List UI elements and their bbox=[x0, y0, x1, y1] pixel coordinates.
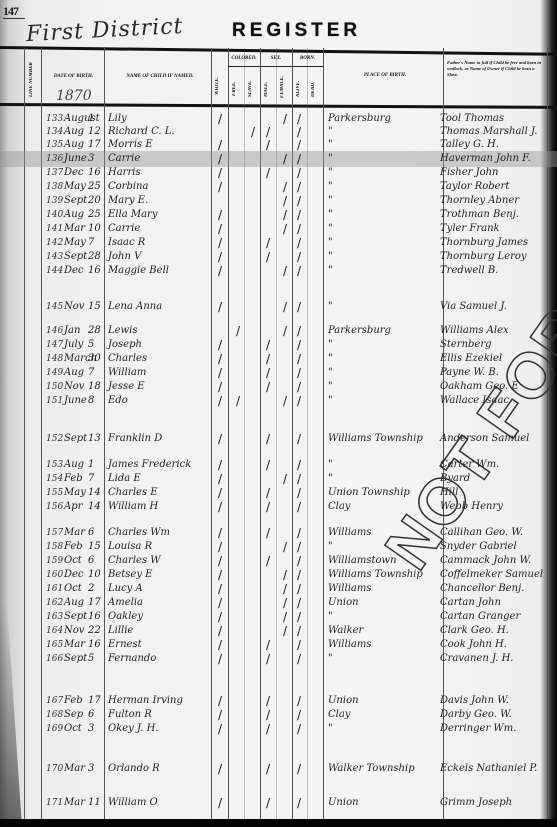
birth-day: 25 bbox=[88, 180, 101, 194]
birth-day: 1 bbox=[88, 112, 94, 126]
line-number: 139 bbox=[46, 194, 63, 208]
tally-mark-female: / bbox=[283, 300, 287, 314]
tally-mark-female: / bbox=[283, 624, 287, 638]
child-name: Ernest bbox=[108, 638, 142, 652]
tally-mark-male: / bbox=[266, 652, 270, 666]
birth-day: 16 bbox=[88, 264, 101, 278]
father-name: Clark Geo. H. bbox=[440, 624, 509, 638]
page-bottom-edge bbox=[0, 819, 557, 827]
tally-mark-alive: / bbox=[297, 708, 301, 722]
tally-mark-free: / bbox=[236, 394, 240, 408]
tally-mark-female: / bbox=[283, 472, 287, 486]
tally-mark-male: / bbox=[266, 762, 270, 776]
table-row: 141Mar10Carrie"Tyler Frank/// bbox=[0, 222, 557, 236]
child-name: Lucy A bbox=[108, 582, 143, 596]
birth-month: Oct bbox=[64, 554, 82, 568]
father-name: Tyler Frank bbox=[440, 222, 500, 236]
child-name: Lena Anna bbox=[108, 300, 162, 314]
birth-day: 3 bbox=[88, 722, 94, 736]
place-of-birth: Williams bbox=[328, 638, 371, 652]
table-row: 166Sept5Fernando"Cravanen J. H./// bbox=[0, 652, 557, 666]
line-number: 161 bbox=[46, 582, 63, 596]
birth-month: Sept bbox=[64, 652, 87, 666]
birth-day: 17 bbox=[88, 596, 101, 610]
tally-mark-male: / bbox=[266, 338, 270, 352]
birth-month: Mar bbox=[64, 526, 85, 540]
line-number: 163 bbox=[46, 610, 63, 624]
line-number: 153 bbox=[46, 458, 63, 472]
table-row: 145Nov15Lena Anna"Via Samuel J./// bbox=[0, 300, 557, 314]
child-name: Okey J. H. bbox=[108, 722, 159, 736]
place-of-birth: " bbox=[328, 250, 333, 264]
place-of-birth: Clay bbox=[328, 708, 350, 722]
col-slave: Slave. bbox=[248, 80, 256, 98]
tally-mark-female: / bbox=[283, 112, 287, 126]
place-of-birth: " bbox=[328, 166, 333, 180]
page-number: 147 bbox=[3, 4, 18, 19]
header-top-rule bbox=[0, 46, 557, 56]
tally-mark-female: / bbox=[283, 582, 287, 596]
tally-mark-white: / bbox=[218, 394, 222, 408]
place-of-birth: Clay bbox=[328, 500, 350, 514]
child-name: Franklin D bbox=[108, 432, 162, 446]
child-name: James Frederick bbox=[108, 458, 191, 472]
tally-mark-alive: / bbox=[297, 125, 301, 139]
father-name: Tredwell B. bbox=[440, 264, 498, 278]
place-of-birth: Union Township bbox=[328, 486, 410, 500]
father-name: Darby Geo. W. bbox=[440, 708, 512, 722]
place-of-birth: " bbox=[328, 125, 333, 139]
line-number: 134 bbox=[46, 125, 63, 139]
tally-mark-white: / bbox=[218, 708, 222, 722]
place-of-birth: Union bbox=[328, 796, 359, 810]
place-of-birth: Walker bbox=[328, 624, 363, 638]
line-number: 148 bbox=[46, 352, 63, 366]
birth-day: 25 bbox=[88, 208, 101, 222]
tally-mark-alive: / bbox=[297, 554, 301, 568]
father-name: Sternberg bbox=[440, 338, 492, 352]
tally-mark-female: / bbox=[283, 180, 287, 194]
place-of-birth: Williams bbox=[328, 582, 371, 596]
father-name: Fisher John bbox=[440, 166, 499, 180]
tally-mark-male: / bbox=[266, 432, 270, 446]
line-number: 145 bbox=[46, 300, 63, 314]
child-name: Fulton R bbox=[108, 708, 152, 722]
birth-month: June bbox=[64, 152, 87, 166]
place-of-birth: " bbox=[328, 236, 333, 250]
line-number: 143 bbox=[46, 250, 63, 264]
tally-mark-alive: / bbox=[297, 222, 301, 236]
line-number: 146 bbox=[46, 324, 63, 338]
line-number: 142 bbox=[46, 236, 63, 250]
tally-mark-male: / bbox=[266, 250, 270, 264]
child-name: Lewis bbox=[108, 324, 137, 338]
tally-mark-white: / bbox=[218, 432, 222, 446]
place-of-birth: Union bbox=[328, 694, 359, 708]
child-name: Amelia bbox=[108, 596, 143, 610]
col-female: Female. bbox=[280, 80, 288, 98]
father-name: Coffelmeker Samuel bbox=[440, 568, 543, 582]
tally-mark-alive: / bbox=[297, 694, 301, 708]
place-of-birth: Williamstown bbox=[328, 554, 397, 568]
birth-day: 16 bbox=[88, 638, 101, 652]
register-title: REGISTER bbox=[232, 20, 361, 42]
birth-day: 30 bbox=[88, 352, 101, 366]
birth-day: 16 bbox=[88, 610, 101, 624]
birth-day: 2 bbox=[88, 582, 94, 596]
line-number: 168 bbox=[46, 708, 63, 722]
table-row: 170Mar3Orlando RWalker TownshipEckels Na… bbox=[0, 762, 557, 776]
tally-mark-male: / bbox=[266, 138, 270, 152]
line-number: 147 bbox=[46, 338, 63, 352]
table-row: 159Oct6Charles WWilliamstownCammack John… bbox=[0, 554, 557, 568]
tally-mark-alive: / bbox=[297, 610, 301, 624]
tally-mark-male: / bbox=[266, 796, 270, 810]
tally-mark-female: / bbox=[283, 568, 287, 582]
table-row: 158Feb15Louisa R"Snyder Gabriel/// bbox=[0, 540, 557, 554]
tally-mark-white: / bbox=[218, 722, 222, 736]
birth-day: 18 bbox=[88, 380, 101, 394]
father-name: Cartan Granger bbox=[440, 610, 520, 624]
tally-mark-male: / bbox=[266, 352, 270, 366]
line-number: 159 bbox=[46, 554, 63, 568]
place-of-birth: " bbox=[328, 300, 333, 314]
tally-mark-male: / bbox=[266, 638, 270, 652]
line-number: 136 bbox=[46, 152, 63, 166]
child-name: Corbina bbox=[108, 180, 148, 194]
place-of-birth: Parkersburg bbox=[328, 324, 391, 338]
father-name: Davis John W. bbox=[440, 694, 509, 708]
table-row: 163Sept16Oakley"Cartan Granger/// bbox=[0, 610, 557, 624]
tally-mark-white: / bbox=[218, 486, 222, 500]
line-number: 140 bbox=[46, 208, 63, 222]
table-row: 165Mar16ErnestWilliamsCook John H./// bbox=[0, 638, 557, 652]
father-name: Chancellor Benj. bbox=[440, 582, 524, 596]
line-number: 167 bbox=[46, 694, 63, 708]
father-name: Tool Thomas bbox=[440, 112, 504, 126]
tally-mark-alive: / bbox=[297, 338, 301, 352]
birth-month: Mar bbox=[64, 796, 85, 810]
birth-month: Aug bbox=[64, 458, 84, 472]
birth-day: 12 bbox=[88, 125, 101, 139]
birth-month: May bbox=[64, 486, 86, 500]
tally-mark-white: / bbox=[218, 222, 222, 236]
tally-mark-alive: / bbox=[297, 486, 301, 500]
table-row: 147July5Joseph"Sternberg/// bbox=[0, 338, 557, 352]
tally-mark-white: / bbox=[218, 166, 222, 180]
tally-mark-white: / bbox=[218, 112, 222, 126]
tally-mark-alive: / bbox=[297, 380, 301, 394]
place-of-birth: " bbox=[328, 352, 333, 366]
district-heading: First District bbox=[25, 14, 184, 47]
birth-month: Jan bbox=[64, 324, 80, 338]
line-number: 133 bbox=[46, 112, 63, 126]
place-of-birth: Walker Township bbox=[328, 762, 415, 776]
tally-mark-white: / bbox=[218, 500, 222, 514]
tally-mark-male: / bbox=[266, 708, 270, 722]
child-name: Carrie bbox=[108, 152, 140, 166]
father-name: Trothman Benj. bbox=[440, 208, 519, 222]
tally-mark-alive: / bbox=[297, 208, 301, 222]
birth-day: 14 bbox=[88, 500, 101, 514]
birth-day: 17 bbox=[88, 694, 101, 708]
child-name: Charles Wm bbox=[108, 526, 170, 540]
birth-month: May bbox=[64, 180, 86, 194]
birth-day: 28 bbox=[88, 250, 101, 264]
tally-mark-male: / bbox=[266, 236, 270, 250]
tally-mark-alive: / bbox=[297, 540, 301, 554]
table-row: 136June3Carrie"Haverman John F./// bbox=[0, 152, 557, 166]
father-name: Haverman John F. bbox=[440, 152, 531, 166]
father-name: Via Samuel J. bbox=[440, 300, 507, 314]
tally-mark-white: / bbox=[218, 762, 222, 776]
tally-mark-alive: / bbox=[297, 152, 301, 166]
tally-mark-white: / bbox=[218, 582, 222, 596]
birth-month: Mar bbox=[64, 638, 85, 652]
table-row: 140Aug25Ella Mary"Trothman Benj./// bbox=[0, 208, 557, 222]
tally-mark-alive: / bbox=[297, 300, 301, 314]
line-number: 135 bbox=[46, 138, 63, 152]
line-number: 150 bbox=[46, 380, 63, 394]
birth-day: 1 bbox=[88, 458, 94, 472]
birth-month: Sept bbox=[64, 250, 87, 264]
father-name: Cravanen J. H. bbox=[440, 652, 513, 666]
table-row: 137Dec16Harris"Fisher John/// bbox=[0, 166, 557, 180]
tally-mark-white: / bbox=[218, 264, 222, 278]
table-row: 161Oct2Lucy AWilliamsChancellor Benj./// bbox=[0, 582, 557, 596]
tally-mark-female: / bbox=[283, 540, 287, 554]
tally-mark-female: / bbox=[283, 610, 287, 624]
child-name: Jesse E bbox=[108, 380, 145, 394]
father-name: Williams Alex bbox=[440, 324, 509, 338]
tally-mark-alive: / bbox=[297, 722, 301, 736]
birth-month: Aug bbox=[64, 208, 84, 222]
father-name: Talley G. H. bbox=[440, 138, 499, 152]
tally-mark-male: / bbox=[266, 166, 270, 180]
child-name: Harris bbox=[108, 166, 141, 180]
birth-month: Oct bbox=[64, 722, 82, 736]
child-name: Betsey E bbox=[108, 568, 152, 582]
place-of-birth: Parkersburg bbox=[328, 112, 391, 126]
birth-day: 5 bbox=[88, 338, 94, 352]
place-of-birth: " bbox=[328, 338, 333, 352]
line-number: 158 bbox=[46, 540, 63, 554]
birth-month: Aug bbox=[64, 138, 84, 152]
birth-day: 6 bbox=[88, 526, 94, 540]
col-dead: Dead. bbox=[311, 80, 319, 98]
tally-mark-alive: / bbox=[297, 596, 301, 610]
tally-mark-male: / bbox=[266, 125, 270, 139]
child-name: Maggie Bell bbox=[108, 264, 169, 278]
place-of-birth: " bbox=[328, 610, 333, 624]
birth-day: 7 bbox=[88, 366, 94, 380]
birth-month: Nov bbox=[64, 380, 84, 394]
tally-mark-white: / bbox=[218, 338, 222, 352]
place-of-birth: Williams bbox=[328, 526, 371, 540]
child-name: Charles bbox=[108, 352, 147, 366]
tally-mark-white: / bbox=[218, 380, 222, 394]
birth-day: 15 bbox=[88, 540, 101, 554]
col-male: Male. bbox=[264, 80, 272, 98]
tally-mark-alive: / bbox=[297, 526, 301, 540]
birth-month: Feb bbox=[64, 694, 83, 708]
tally-mark-alive: / bbox=[297, 458, 301, 472]
place-of-birth: " bbox=[328, 222, 333, 236]
col-line-number: Line Number bbox=[29, 60, 37, 100]
tally-mark-male: / bbox=[266, 486, 270, 500]
tally-mark-alive: / bbox=[297, 366, 301, 380]
child-name: Mary E. bbox=[108, 194, 148, 208]
father-name: Taylor Robert bbox=[440, 180, 509, 194]
tally-mark-female: / bbox=[283, 152, 287, 166]
tally-mark-female: / bbox=[283, 208, 287, 222]
place-of-birth: " bbox=[328, 366, 333, 380]
place-of-birth: " bbox=[328, 264, 333, 278]
birth-month: Nov bbox=[64, 624, 84, 638]
tally-mark-white: / bbox=[218, 624, 222, 638]
birth-day: 3 bbox=[88, 152, 94, 166]
father-name: Thomas Marshall J. bbox=[440, 125, 537, 139]
father-name: Cook John H. bbox=[440, 638, 507, 652]
tally-mark-male: / bbox=[266, 380, 270, 394]
birth-day: 5 bbox=[88, 652, 94, 666]
child-name: William O bbox=[108, 796, 158, 810]
birth-month: June bbox=[64, 394, 87, 408]
birth-day: 15 bbox=[88, 300, 101, 314]
tally-mark-white: / bbox=[218, 596, 222, 610]
birth-day: 3 bbox=[88, 762, 94, 776]
line-number: 162 bbox=[46, 596, 63, 610]
tally-mark-white: / bbox=[218, 352, 222, 366]
line-number: 169 bbox=[46, 722, 63, 736]
child-name: Carrie bbox=[108, 222, 140, 236]
birth-month: Oct bbox=[64, 582, 82, 596]
tally-mark-white: / bbox=[218, 208, 222, 222]
tally-mark-alive: / bbox=[297, 324, 301, 338]
child-name: Charles E bbox=[108, 486, 158, 500]
table-row: 138May25Corbina"Taylor Robert/// bbox=[0, 180, 557, 194]
father-name: Thornley Abner bbox=[440, 194, 519, 208]
tally-mark-alive: / bbox=[297, 762, 301, 776]
tally-mark-white: / bbox=[218, 250, 222, 264]
tally-mark-male: / bbox=[266, 722, 270, 736]
birth-month: Nov bbox=[64, 300, 84, 314]
table-row: 169Oct3Okey J. H."Derringer Wm./// bbox=[0, 722, 557, 736]
birth-month: Sept bbox=[64, 194, 87, 208]
tally-mark-female: / bbox=[283, 596, 287, 610]
tally-mark-alive: / bbox=[297, 568, 301, 582]
child-name: Lillie bbox=[108, 624, 133, 638]
place-of-birth: " bbox=[328, 458, 333, 472]
tally-mark-white: / bbox=[218, 610, 222, 624]
tally-mark-alive: / bbox=[297, 638, 301, 652]
tally-mark-alive: / bbox=[297, 138, 301, 152]
child-name: Louisa R bbox=[108, 540, 152, 554]
place-of-birth: Williams Township bbox=[328, 432, 423, 446]
birth-day: 7 bbox=[88, 472, 94, 486]
child-name: Isaac R bbox=[108, 236, 145, 250]
tally-mark-free: / bbox=[236, 324, 240, 338]
table-row: 134Aug12Richard C. L."Thomas Marshall J.… bbox=[0, 125, 557, 139]
tally-mark-alive: / bbox=[297, 194, 301, 208]
birth-month: Sept bbox=[64, 610, 87, 624]
birth-month: Mar bbox=[64, 762, 85, 776]
child-name: Lida E bbox=[108, 472, 141, 486]
place-of-birth: " bbox=[328, 138, 333, 152]
col-colored: COLORED. bbox=[228, 56, 260, 61]
place-of-birth: Williams Township bbox=[328, 568, 423, 582]
tally-mark-white: / bbox=[218, 236, 222, 250]
line-number: 149 bbox=[46, 366, 63, 380]
birth-month: Apr bbox=[64, 500, 82, 514]
tally-mark-alive: / bbox=[297, 166, 301, 180]
tally-mark-alive: / bbox=[297, 432, 301, 446]
register-page: 147 First District REGISTER Line Number … bbox=[0, 0, 557, 827]
birth-day: 10 bbox=[88, 222, 101, 236]
tally-mark-alive: / bbox=[297, 264, 301, 278]
tally-mark-alive: / bbox=[297, 796, 301, 810]
child-name: Herman Irving bbox=[108, 694, 183, 708]
line-number: 160 bbox=[46, 568, 63, 582]
tally-mark-white: / bbox=[218, 554, 222, 568]
line-number: 138 bbox=[46, 180, 63, 194]
tally-mark-slave: / bbox=[251, 125, 255, 139]
line-number: 154 bbox=[46, 472, 63, 486]
father-name: Thornburg James bbox=[440, 236, 528, 250]
place-of-birth: " bbox=[328, 380, 333, 394]
tally-mark-female: / bbox=[283, 222, 287, 236]
tally-mark-alive: / bbox=[297, 394, 301, 408]
place-of-birth: " bbox=[328, 652, 333, 666]
tally-mark-white: / bbox=[218, 366, 222, 380]
birth-month: Aug bbox=[64, 596, 84, 610]
birth-month: Mar bbox=[64, 222, 85, 236]
col-alive: Alive. bbox=[296, 80, 304, 98]
table-row: 164Nov22LillieWalkerClark Geo. H./// bbox=[0, 624, 557, 638]
table-row: 160Dec10Betsey EWilliams TownshipCoffelm… bbox=[0, 568, 557, 582]
birth-day: 6 bbox=[88, 708, 94, 722]
line-number: 137 bbox=[46, 166, 63, 180]
table-row: 157Mar6Charles WmWilliamsCallihan Geo. W… bbox=[0, 526, 557, 540]
line-number: 171 bbox=[46, 796, 63, 810]
table-row: 146Jan28LewisParkersburgWilliams Alex/// bbox=[0, 324, 557, 338]
tally-mark-male: / bbox=[266, 526, 270, 540]
tally-mark-female: / bbox=[283, 324, 287, 338]
place-of-birth: " bbox=[328, 722, 333, 736]
place-of-birth: " bbox=[328, 540, 333, 554]
child-name: Oakley bbox=[108, 610, 143, 624]
birth-day: 22 bbox=[88, 624, 101, 638]
birth-day: 11 bbox=[88, 796, 101, 810]
child-name: William H bbox=[108, 500, 158, 514]
tally-mark-white: / bbox=[218, 458, 222, 472]
table-row: 148March30Charles"Ellis Ezekiel/// bbox=[0, 352, 557, 366]
tally-mark-white: / bbox=[218, 540, 222, 554]
child-name: Lily bbox=[108, 112, 127, 126]
tally-mark-alive: / bbox=[297, 180, 301, 194]
tally-mark-white: / bbox=[218, 180, 222, 194]
birth-day: 13 bbox=[88, 432, 101, 446]
tally-mark-alive: / bbox=[297, 236, 301, 250]
tally-mark-white: / bbox=[218, 652, 222, 666]
tally-mark-alive: / bbox=[297, 112, 301, 126]
tally-mark-white: / bbox=[218, 152, 222, 166]
line-number: 164 bbox=[46, 624, 63, 638]
tally-mark-white: / bbox=[218, 300, 222, 314]
place-of-birth: Union bbox=[328, 596, 359, 610]
line-number: 170 bbox=[46, 762, 63, 776]
tally-mark-female: / bbox=[283, 264, 287, 278]
